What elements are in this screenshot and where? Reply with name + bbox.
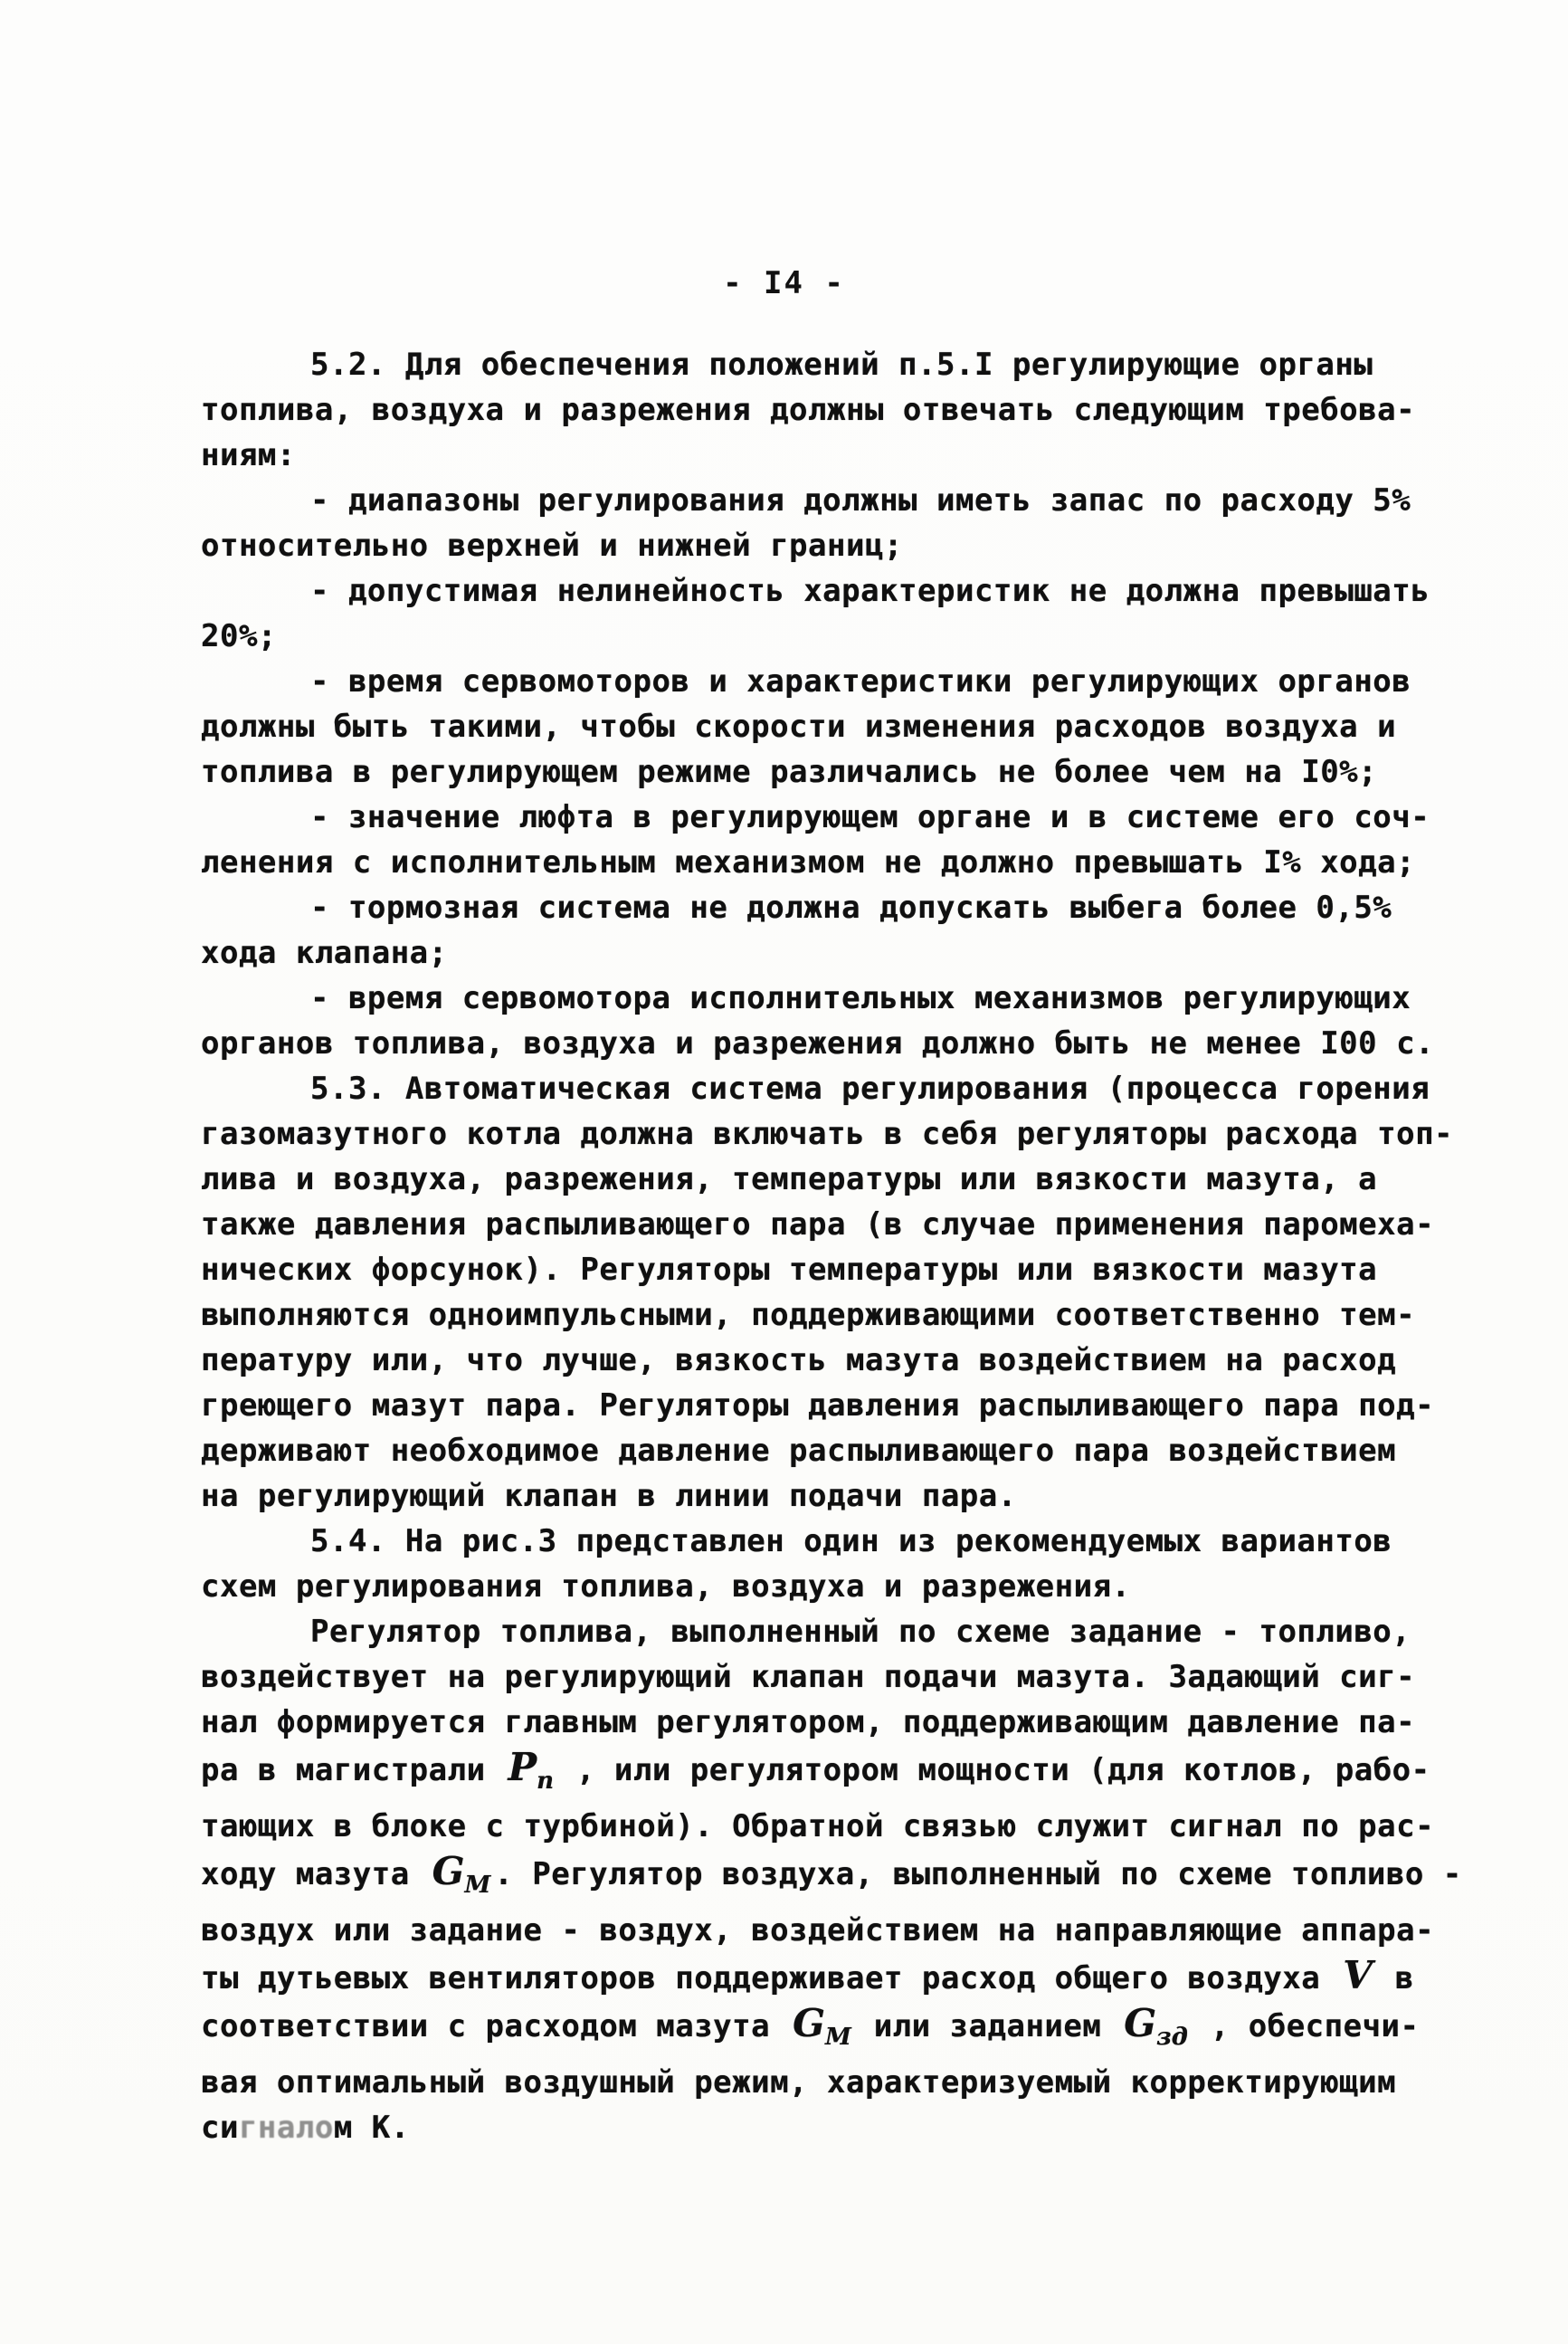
text-line: - допустимая нелинейность характеристик … bbox=[201, 568, 1468, 614]
formula-subscript: зд bbox=[1156, 2024, 1188, 2051]
text-segment: - время сервомоторов и характеристики ре… bbox=[310, 663, 1411, 700]
text-line: топлива в регулирующем режиме различалис… bbox=[201, 749, 1468, 795]
text-segment: ленения с исполнительным механизмом не д… bbox=[201, 844, 1415, 881]
text-line: 5.3. Автоматическая система регулировани… bbox=[201, 1066, 1468, 1111]
text-segment: схем регулирования топлива, воздуха и ра… bbox=[201, 1568, 1131, 1605]
formula-subscript: М bbox=[465, 1872, 491, 1899]
text-segment: , или регулятором мощности (для котлов, … bbox=[557, 1752, 1430, 1788]
text-line: тающих в блоке с турбиной). Обратной свя… bbox=[201, 1804, 1468, 1849]
formula-g-setpoint: Gзд bbox=[1120, 2001, 1192, 2045]
text-segment: также давления распыливающего пара (в сл… bbox=[201, 1206, 1434, 1243]
text-segment: нал формируется главным регулятором, под… bbox=[201, 1704, 1415, 1740]
text-line: ленения с исполнительным механизмом не д… bbox=[201, 840, 1468, 885]
text-line: 20%; bbox=[201, 614, 1468, 659]
text-line: воздействует на регулирующий клапан пода… bbox=[201, 1654, 1468, 1700]
text-segment: органов топлива, воздуха и разрежения до… bbox=[201, 1025, 1434, 1062]
text-segment: ты дутьевых вентиляторов поддерживает ра… bbox=[201, 1960, 1339, 1996]
text-line: греющего мазут пара. Регуляторы давления… bbox=[201, 1383, 1468, 1428]
text-line: выполняются одноимпульсными, поддерживаю… bbox=[201, 1292, 1468, 1338]
document-body-text: 5.2. Для обеспечения положений п.5.I рег… bbox=[201, 342, 1468, 2150]
text-segment: м К. bbox=[334, 2110, 410, 2146]
formula-g-fuel-flow: GМ bbox=[789, 2001, 855, 2045]
formula-subscript: М bbox=[825, 2024, 851, 2051]
text-segment: 5.3. Автоматическая система регулировани… bbox=[310, 1071, 1430, 1107]
text-segment: на регулирующий клапан в линии подачи па… bbox=[201, 1478, 1017, 1514]
text-segment: - тормозная система не должна допускать … bbox=[310, 890, 1392, 926]
text-segment: гнало bbox=[239, 2110, 334, 2146]
text-line: - диапазоны регулирования должны иметь з… bbox=[201, 478, 1468, 523]
text-segment: 20%; bbox=[201, 618, 277, 654]
text-segment: держивают необходимое давление распылива… bbox=[201, 1433, 1396, 1469]
text-segment: греющего мазут пара. Регуляторы давления… bbox=[201, 1387, 1434, 1424]
text-segment: воздух или задание - воздух, воздействие… bbox=[201, 1912, 1434, 1949]
text-segment: должны быть такими, чтобы скорости измен… bbox=[201, 709, 1396, 745]
text-segment: . Регулятор воздуха, выполненный по схем… bbox=[494, 1856, 1461, 1892]
formula-subscript: п bbox=[537, 1768, 554, 1795]
text-line: соответствии с расходом мазута GМ или за… bbox=[201, 2001, 1468, 2060]
text-segment: газомазутного котла должна включать в се… bbox=[201, 1116, 1453, 1152]
text-line: органов топлива, воздуха и разрежения до… bbox=[201, 1021, 1468, 1066]
text-segment: воздействует на регулирующий клапан пода… bbox=[201, 1659, 1415, 1695]
text-segment: - значение люфта в регулирующем органе и… bbox=[310, 799, 1430, 835]
formula-p-steam-pressure: Pп bbox=[505, 1745, 558, 1789]
text-line: также давления распыливающего пара (в сл… bbox=[201, 1202, 1468, 1247]
text-segment: , обеспечи- bbox=[1192, 2008, 1420, 2044]
text-segment: - диапазоны регулирования должны иметь з… bbox=[310, 482, 1411, 519]
text-line: относительно верхней и нижней границ; bbox=[201, 523, 1468, 568]
text-line: лива и воздуха, разрежения, температуры … bbox=[201, 1157, 1468, 1202]
text-segment: вая оптимальный воздушный режим, характе… bbox=[201, 2064, 1396, 2101]
text-segment: топлива в регулирующем режиме различалис… bbox=[201, 754, 1377, 790]
text-segment: пературу или, что лучше, вязкость мазута… bbox=[201, 1342, 1396, 1378]
text-line: Регулятор топлива, выполненный по схеме … bbox=[201, 1609, 1468, 1654]
text-segment: тающих в блоке с турбиной). Обратной свя… bbox=[201, 1808, 1434, 1844]
formula-v-air-flow: V bbox=[1339, 1953, 1376, 1997]
text-line: схем регулирования топлива, воздуха и ра… bbox=[201, 1564, 1468, 1609]
text-line: ра в магистрали Pп , или регулятором мощ… bbox=[201, 1745, 1468, 1804]
text-line: 5.2. Для обеспечения положений п.5.I рег… bbox=[201, 342, 1468, 387]
text-segment: - допустимая нелинейность характеристик … bbox=[310, 573, 1430, 609]
text-line: вая оптимальный воздушный режим, характе… bbox=[201, 2060, 1468, 2105]
text-line: 5.4. На рис.3 представлен один из рекоме… bbox=[201, 1519, 1468, 1564]
text-segment: выполняются одноимпульсными, поддерживаю… bbox=[201, 1297, 1415, 1333]
page-number: - I4 - bbox=[0, 265, 1568, 301]
text-segment: ходу мазута bbox=[201, 1856, 429, 1892]
text-segment: ра в магистрали bbox=[201, 1752, 505, 1788]
text-line: газомазутного котла должна включать в се… bbox=[201, 1111, 1468, 1157]
text-line: - время сервомотора исполнительных механ… bbox=[201, 976, 1468, 1021]
text-segment: 5.4. На рис.3 представлен один из рекоме… bbox=[310, 1523, 1392, 1559]
text-line: - значение люфта в регулирующем органе и… bbox=[201, 795, 1468, 840]
text-segment: хода клапана; bbox=[201, 935, 448, 971]
text-segment: или заданием bbox=[855, 2008, 1121, 2044]
text-line: хода клапана; bbox=[201, 930, 1468, 976]
text-line: пературу или, что лучше, вязкость мазута… bbox=[201, 1338, 1468, 1383]
text-line: воздух или задание - воздух, воздействие… bbox=[201, 1908, 1468, 1953]
formula-g-fuel-flow: GМ bbox=[429, 1849, 495, 1893]
text-line: на регулирующий клапан в линии подачи па… bbox=[201, 1473, 1468, 1519]
document-page: - I4 - 5.2. Для обеспечения положений п.… bbox=[0, 0, 1568, 2344]
text-line: - тормозная система не должна допускать … bbox=[201, 885, 1468, 930]
text-line: топлива, воздуха и разрежения должны отв… bbox=[201, 387, 1468, 433]
text-segment: 5.2. Для обеспечения положений п.5.I рег… bbox=[310, 347, 1373, 383]
text-line: ты дутьевых вентиляторов поддерживает ра… bbox=[201, 1953, 1468, 2001]
text-segment: лива и воздуха, разрежения, температуры … bbox=[201, 1161, 1377, 1197]
text-segment: Регулятор топлива, выполненный по схеме … bbox=[310, 1614, 1411, 1650]
text-segment: ниям: bbox=[201, 437, 296, 473]
text-line: должны быть такими, чтобы скорости измен… bbox=[201, 704, 1468, 749]
text-line: сигналом К. bbox=[201, 2105, 1468, 2150]
text-line: ниям: bbox=[201, 433, 1468, 478]
text-line: ходу мазута GМ. Регулятор воздуха, выпол… bbox=[201, 1849, 1468, 1908]
text-line: нал формируется главным регулятором, под… bbox=[201, 1700, 1468, 1745]
text-segment: - время сервомотора исполнительных механ… bbox=[310, 980, 1411, 1016]
text-segment: в bbox=[1376, 1960, 1414, 1996]
text-segment: нических форсунок). Регуляторы температу… bbox=[201, 1252, 1377, 1288]
text-line: - время сервомоторов и характеристики ре… bbox=[201, 659, 1468, 704]
text-segment: соответствии с расходом мазута bbox=[201, 2008, 789, 2044]
text-line: держивают необходимое давление распылива… bbox=[201, 1428, 1468, 1473]
text-segment: топлива, воздуха и разрежения должны отв… bbox=[201, 392, 1415, 428]
text-line: нических форсунок). Регуляторы температу… bbox=[201, 1247, 1468, 1292]
text-segment: си bbox=[201, 2110, 239, 2146]
text-segment: относительно верхней и нижней границ; bbox=[201, 528, 903, 564]
